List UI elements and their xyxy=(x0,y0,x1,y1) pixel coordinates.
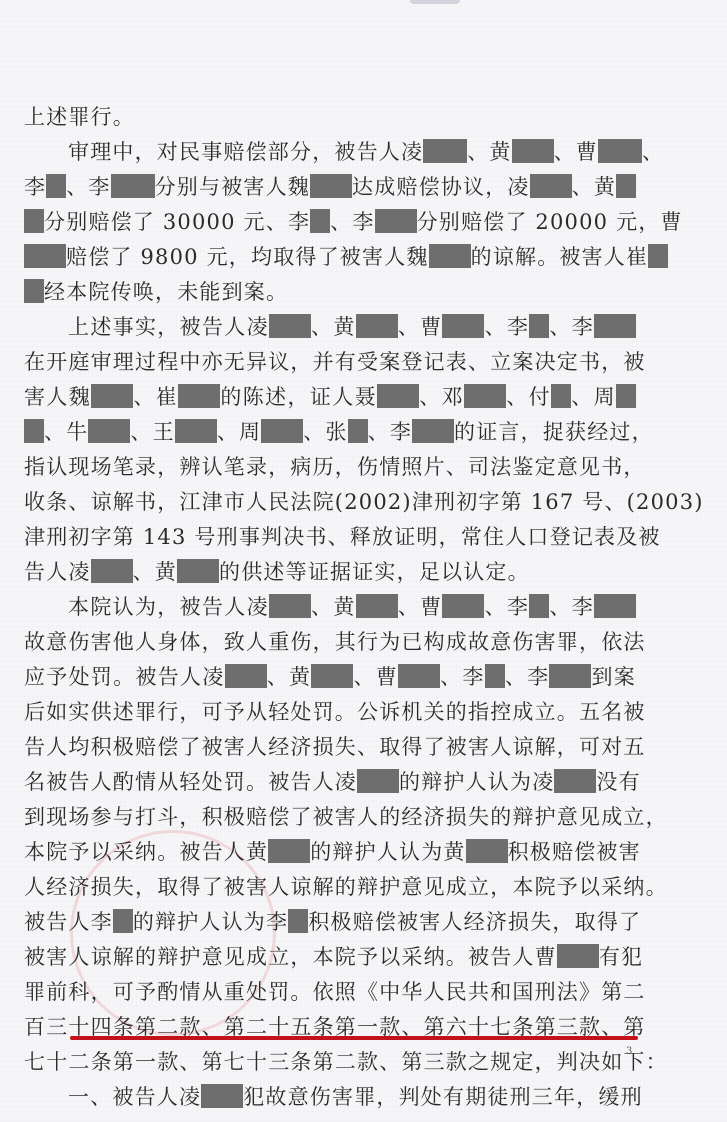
redaction-block xyxy=(311,664,353,688)
redaction-block xyxy=(464,384,506,408)
text-segment: 赔偿了 9800 元，均取得了被害人魏 xyxy=(66,245,429,269)
redaction-block xyxy=(269,594,311,618)
redaction-block xyxy=(557,944,599,968)
text-segment: 、李 xyxy=(505,665,550,689)
text-segment: 、付 xyxy=(506,385,551,409)
redaction-block xyxy=(113,909,133,933)
text-segment: 津刑初字第 143 号刑事判决书、释放证明，常住人口登记表及被 xyxy=(24,525,661,549)
text-segment: 有犯 xyxy=(599,945,643,969)
text-segment: 故意伤害他人身体，致人重伤，其行为已构成故意伤害罪，依法 xyxy=(24,630,646,654)
redaction-block xyxy=(529,314,549,338)
text-segment: 犯故意伤害罪，判处有期徒刑三年，缓刑 xyxy=(243,1085,643,1109)
redaction-block xyxy=(598,139,642,163)
redaction-block xyxy=(512,139,554,163)
text-segment: 分别与被害人魏 xyxy=(155,175,310,199)
text-segment: 积极赔偿被害人经济损失，取得了 xyxy=(308,910,641,934)
text-segment: 的证言，捉获经过， xyxy=(454,420,654,444)
redaction-block xyxy=(375,209,417,233)
text-segment: 、李 xyxy=(549,595,594,619)
text-line: 告人均积极赔偿了被害人经济损失、取得了被害人谅解，可对五 xyxy=(24,730,636,765)
text-segment: 、周 xyxy=(571,385,616,409)
page-number: 3 xyxy=(626,1046,632,1057)
text-segment: 一、被告人凌 xyxy=(68,1085,201,1109)
text-line: 李、李分别与被害人魏达成赔偿协议，凌、黄 xyxy=(24,170,636,205)
redaction-block xyxy=(398,664,440,688)
redaction-block xyxy=(268,839,310,863)
text-segment: 、李 xyxy=(66,175,110,199)
text-segment: 、邓 xyxy=(419,385,464,409)
scan-artifact xyxy=(410,0,460,4)
text-segment: 的陈述，证人聂 xyxy=(220,385,377,409)
redaction-block xyxy=(310,174,352,198)
redaction-block xyxy=(530,174,572,198)
text-segment: 罪前科，可予酌情从重处罚。依照《中华人民共和国刑法》第二 xyxy=(24,980,646,1004)
text-segment: 的辩护人认为李 xyxy=(133,910,288,934)
redaction-block xyxy=(201,1084,243,1108)
redaction-block xyxy=(423,139,467,163)
redaction-block xyxy=(288,909,308,933)
text-segment: 分别赔偿了 20000 元，曹 xyxy=(417,210,683,234)
text-segment: 、黄 xyxy=(311,595,356,619)
text-line: 名被告人酌情从轻处罚。被告人凌的辩护人认为凌没有 xyxy=(24,765,636,800)
redaction-block xyxy=(269,314,311,338)
redaction-block xyxy=(111,174,155,198)
text-line: 被告人李的辩护人认为李积极赔偿被害人经济损失，取得了 xyxy=(24,905,636,940)
text-line: 告人凌、黄的供述等证据证实，足以认定。 xyxy=(24,555,636,590)
text-segment: 积极赔偿被害 xyxy=(508,840,641,864)
text-segment: 上述罪行。 xyxy=(24,105,135,129)
text-segment: 到现场参与打斗，积极赔偿了被害人的经济损失的辩护意见成立， xyxy=(24,805,668,829)
text-segment: 李 xyxy=(24,175,46,199)
text-segment: 被告人李 xyxy=(24,910,113,934)
redaction-block xyxy=(377,384,419,408)
judgment-body-text: 上述罪行。审理中，对民事赔偿部分，被告人凌、黄、曹、李、李分别与被害人魏达成赔偿… xyxy=(24,100,636,1115)
text-segment: 人经济损失，取得了被害人谅解的辩护意见成立，本院予以采纳。 xyxy=(24,875,668,899)
redaction-block xyxy=(177,559,219,583)
text-line: 被害人谅解的辩护意见成立，本院予以采纳。被告人曹有犯 xyxy=(24,940,636,975)
text-line: 上述事实，被告人凌、黄、曹、李、李 xyxy=(24,310,636,345)
redaction-block xyxy=(91,384,133,408)
redaction-block xyxy=(466,839,508,863)
redaction-block xyxy=(356,314,398,338)
text-segment: 、李 xyxy=(368,420,412,444)
redaction-block xyxy=(549,664,591,688)
redaction-block xyxy=(91,559,133,583)
redaction-block xyxy=(594,314,636,338)
text-line: 应予处罚。被告人凌、黄、曹、李、李到案 xyxy=(24,660,636,695)
text-line: 害人魏、崔的陈述，证人聂、邓、付、周 xyxy=(24,380,636,415)
text-line: 上述罪行。 xyxy=(24,100,636,135)
text-line: 到现场参与打斗，积极赔偿了被害人的经济损失的辩护意见成立， xyxy=(24,800,636,835)
text-segment: 、王 xyxy=(130,420,174,444)
document-page: 上述罪行。审理中，对民事赔偿部分，被告人凌、黄、曹、李、李分别与被害人魏达成赔偿… xyxy=(0,0,727,1122)
text-segment: 、黄 xyxy=(572,175,616,199)
text-segment: 到案 xyxy=(591,665,636,689)
redaction-block xyxy=(357,769,399,793)
redaction-block xyxy=(616,384,636,408)
text-segment: 、曹 xyxy=(398,315,443,339)
redaction-block xyxy=(178,384,220,408)
text-line: 在开庭审理过程中亦无异议，并有受案登记表、立案决定书，被 xyxy=(24,345,636,380)
redaction-block xyxy=(529,594,549,618)
text-line: 、牛、王、周、张、李的证言，捉获经过， xyxy=(24,415,636,450)
text-line: 本院认为，被告人凌、黄、曹、李、李 xyxy=(24,590,636,625)
text-line: 分别赔偿了 30000 元、李、李分别赔偿了 20000 元，曹 xyxy=(24,205,636,240)
text-segment: 审理中，对民事赔偿部分，被告人凌 xyxy=(68,140,423,164)
redaction-block xyxy=(46,174,66,198)
redaction-block xyxy=(551,384,571,408)
text-segment: 应予处罚。被告人凌 xyxy=(24,665,225,689)
text-segment: 的谅解。被害人崔 xyxy=(471,245,649,269)
text-segment: 、李 xyxy=(484,315,529,339)
redaction-block xyxy=(442,594,484,618)
text-segment: 经本院传唤，未能到案。 xyxy=(44,280,288,304)
redaction-block xyxy=(310,209,330,233)
redaction-block xyxy=(24,279,44,303)
redaction-block xyxy=(648,244,668,268)
redaction-block xyxy=(88,419,130,443)
text-segment: 指认现场笔录，辨认笔录，病历，伤情照片、司法鉴定意见书， xyxy=(24,455,646,479)
text-segment: 没有 xyxy=(596,770,640,794)
redaction-block xyxy=(594,594,636,618)
redaction-block xyxy=(429,244,471,268)
text-line: 审理中，对民事赔偿部分，被告人凌、黄、曹、 xyxy=(24,135,636,170)
redaction-block xyxy=(175,419,217,443)
redaction-block xyxy=(554,769,596,793)
text-segment: 收条、谅解书，江津市人民法院(2002)津刑初字第 167 号、(2003) xyxy=(24,490,704,514)
text-segment: 告人均积极赔偿了被害人经济损失、取得了被害人谅解，可对五 xyxy=(24,735,646,759)
text-segment: 、李 xyxy=(549,315,594,339)
text-segment: 上述事实，被告人凌 xyxy=(68,315,269,339)
text-segment: 名被告人酌情从轻处罚。被告人凌 xyxy=(24,770,357,794)
text-segment: 被害人谅解的辩护意见成立，本院予以采纳。被告人曹 xyxy=(24,945,557,969)
text-line: 后如实供述罪行，可予从轻处罚。公诉机关的指控成立。五名被 xyxy=(24,695,636,730)
text-segment: 、周 xyxy=(217,420,261,444)
text-segment: 告人凌 xyxy=(24,560,91,584)
redaction-block xyxy=(261,419,303,443)
text-segment: 分别赔偿了 30000 元、李 xyxy=(44,210,310,234)
redaction-block xyxy=(412,419,454,443)
text-segment: 、黄 xyxy=(133,560,177,584)
text-segment: 、张 xyxy=(303,420,347,444)
text-segment: 、黄 xyxy=(267,665,312,689)
text-segment: 本院予以采纳。被告人黄 xyxy=(24,840,268,864)
text-segment: 达成赔偿协议，凌 xyxy=(352,175,530,199)
redaction-block xyxy=(348,419,368,443)
text-line: 收条、谅解书，江津市人民法院(2002)津刑初字第 167 号、(2003) xyxy=(24,485,636,520)
redaction-block xyxy=(616,174,636,198)
text-segment: 七十二条第一款、第七十三条第二款、第三款之规定，判决如下： xyxy=(24,1050,668,1074)
red-underline-annotation xyxy=(70,1036,638,1040)
text-line: 一、被告人凌犯故意伤害罪，判处有期徒刑三年，缓刑 xyxy=(24,1080,636,1115)
text-line: 经本院传唤，未能到案。 xyxy=(24,275,636,310)
text-segment: 的辩护人认为凌 xyxy=(399,770,554,794)
text-segment: 、 xyxy=(642,140,664,164)
text-segment: 在开庭审理过程中亦无异议，并有受案登记表、立案决定书，被 xyxy=(24,350,646,374)
text-segment: 的供述等证据证实，足以认定。 xyxy=(219,560,530,584)
redaction-block xyxy=(356,594,398,618)
text-segment: 害人魏 xyxy=(24,385,91,409)
redaction-block xyxy=(442,314,484,338)
text-segment: 、曹 xyxy=(554,140,598,164)
redaction-block xyxy=(24,419,44,443)
text-segment: 后如实供述罪行，可予从轻处罚。公诉机关的指控成立。五名被 xyxy=(24,700,646,724)
text-segment: 、李 xyxy=(484,595,529,619)
text-line: 指认现场笔录，辨认笔录，病历，伤情照片、司法鉴定意见书， xyxy=(24,450,636,485)
redaction-block xyxy=(24,244,66,268)
text-segment: 的辩护人认为黄 xyxy=(310,840,465,864)
text-line: 故意伤害他人身体，致人重伤，其行为已构成故意伤害罪，依法 xyxy=(24,625,636,660)
text-line: 人经济损失，取得了被害人谅解的辩护意见成立，本院予以采纳。 xyxy=(24,870,636,905)
text-line: 七十二条第一款、第七十三条第二款、第三款之规定，判决如下： xyxy=(24,1045,636,1080)
text-line: 赔偿了 9800 元，均取得了被害人魏的谅解。被害人崔 xyxy=(24,240,636,275)
text-segment: 、黄 xyxy=(467,140,511,164)
redaction-block xyxy=(485,664,505,688)
text-segment: 本院认为，被告人凌 xyxy=(68,595,269,619)
text-line: 罪前科，可予酌情从重处罚。依照《中华人民共和国刑法》第二 xyxy=(24,975,636,1010)
text-segment: 、黄 xyxy=(311,315,356,339)
text-segment: 、李 xyxy=(440,665,485,689)
text-line: 本院予以采纳。被告人黄的辩护人认为黄积极赔偿被害 xyxy=(24,835,636,870)
text-segment: 、李 xyxy=(330,210,374,234)
redaction-block xyxy=(24,209,44,233)
text-segment: 、崔 xyxy=(133,385,178,409)
text-segment: 、牛 xyxy=(44,420,88,444)
text-segment: 、曹 xyxy=(398,595,443,619)
text-line: 津刑初字第 143 号刑事判决书、释放证明，常住人口登记表及被 xyxy=(24,520,636,555)
text-segment: 、曹 xyxy=(353,665,398,689)
redaction-block xyxy=(225,664,267,688)
